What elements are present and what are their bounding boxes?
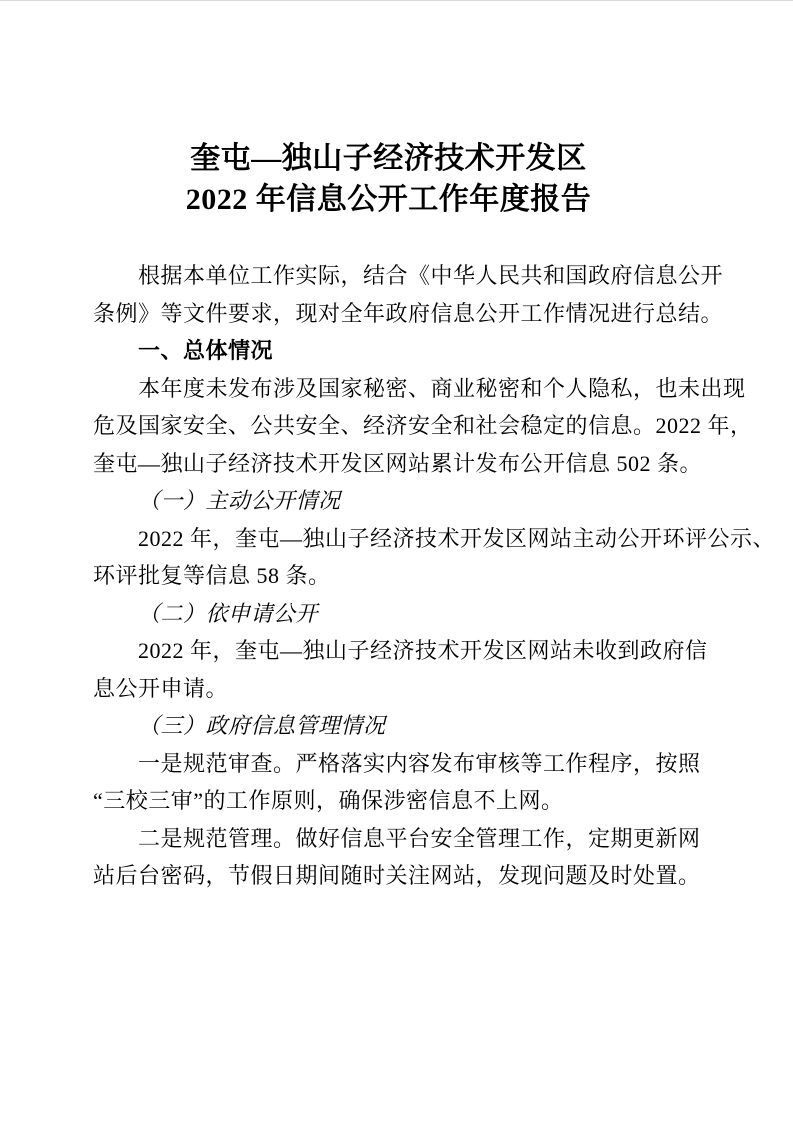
heading-line: （一）主动公开情况 <box>93 482 684 520</box>
paragraph-line: 根据本单位工作实际，结合《中华人民共和国政府信息公开 <box>93 257 684 295</box>
paragraph-line: 站后台密码，节假日期间随时关注网站，发现问题及时处置。 <box>93 857 684 895</box>
paragraph-line: 2022 年，奎屯—独山子经济技术开发区网站未收到政府信 <box>93 632 684 670</box>
paragraph-line: 息公开申请。 <box>93 670 684 708</box>
paragraph-line: 一是规范审查。严格落实内容发布审核等工作程序，按照 <box>93 745 684 783</box>
paragraph-management-standardization: 二是规范管理。做好信息平台安全管理工作，定期更新网 站后台密码，节假日期间随时关… <box>93 820 684 895</box>
heading-line: 一、总体情况 <box>93 332 684 370</box>
paragraph-line: 二是规范管理。做好信息平台安全管理工作，定期更新网 <box>93 820 684 858</box>
paragraph-review-standardization: 一是规范审查。严格落实内容发布审核等工作程序，按照 “三校三审”的工作原则，确保… <box>93 745 684 820</box>
document-content: 根据本单位工作实际，结合《中华人民共和国政府信息公开 条例》等文件要求，现对全年… <box>93 257 684 895</box>
paragraph-intro: 根据本单位工作实际，结合《中华人民共和国政府信息公开 条例》等文件要求，现对全年… <box>93 257 684 332</box>
heading-line: （三）政府信息管理情况 <box>93 707 684 745</box>
paragraph-line: 环评批复等信息 58 条。 <box>93 557 684 595</box>
paragraph-line: 危及国家安全、公共安全、经济安全和社会稳定的信息。2022 年， <box>93 407 684 445</box>
heading-line: （二）依申请公开 <box>93 595 684 633</box>
subsection-heading-information-management: （三）政府信息管理情况 <box>93 707 684 745</box>
title-line-2: 2022 年信息公开工作年度报告 <box>93 179 684 220</box>
paragraph-line: 奎屯—独山子经济技术开发区网站累计发布公开信息 502 条。 <box>93 445 684 483</box>
paragraph-overall-situation: 本年度未发布涉及国家秘密、商业秘密和个人隐私，也未出现 危及国家安全、公共安全、… <box>93 370 684 483</box>
paragraph-line: “三校三审”的工作原则，确保涉密信息不上网。 <box>93 782 684 820</box>
paragraph-proactive-disclosure: 2022 年，奎屯—独山子经济技术开发区网站主动公开环评公示、 环评批复等信息 … <box>93 520 684 595</box>
document-page: 奎屯—独山子经济技术开发区 2022 年信息公开工作年度报告 根据本单位工作实际… <box>0 0 793 1123</box>
subsection-heading-disclosure-upon-request: （二）依申请公开 <box>93 595 684 633</box>
subsection-heading-proactive-disclosure: （一）主动公开情况 <box>93 482 684 520</box>
paragraph-disclosure-upon-request: 2022 年，奎屯—独山子经济技术开发区网站未收到政府信 息公开申请。 <box>93 632 684 707</box>
paragraph-line: 本年度未发布涉及国家秘密、商业秘密和个人隐私，也未出现 <box>93 370 684 408</box>
title-line-1: 奎屯—独山子经济技术开发区 <box>93 138 684 179</box>
document-body: 奎屯—独山子经济技术开发区 2022 年信息公开工作年度报告 根据本单位工作实际… <box>93 138 684 895</box>
section-heading-overall: 一、总体情况 <box>93 332 684 370</box>
paragraph-line: 2022 年，奎屯—独山子经济技术开发区网站主动公开环评公示、 <box>93 520 684 558</box>
paragraph-line: 条例》等文件要求，现对全年政府信息公开工作情况进行总结。 <box>93 295 684 333</box>
document-title: 奎屯—独山子经济技术开发区 2022 年信息公开工作年度报告 <box>93 138 684 220</box>
